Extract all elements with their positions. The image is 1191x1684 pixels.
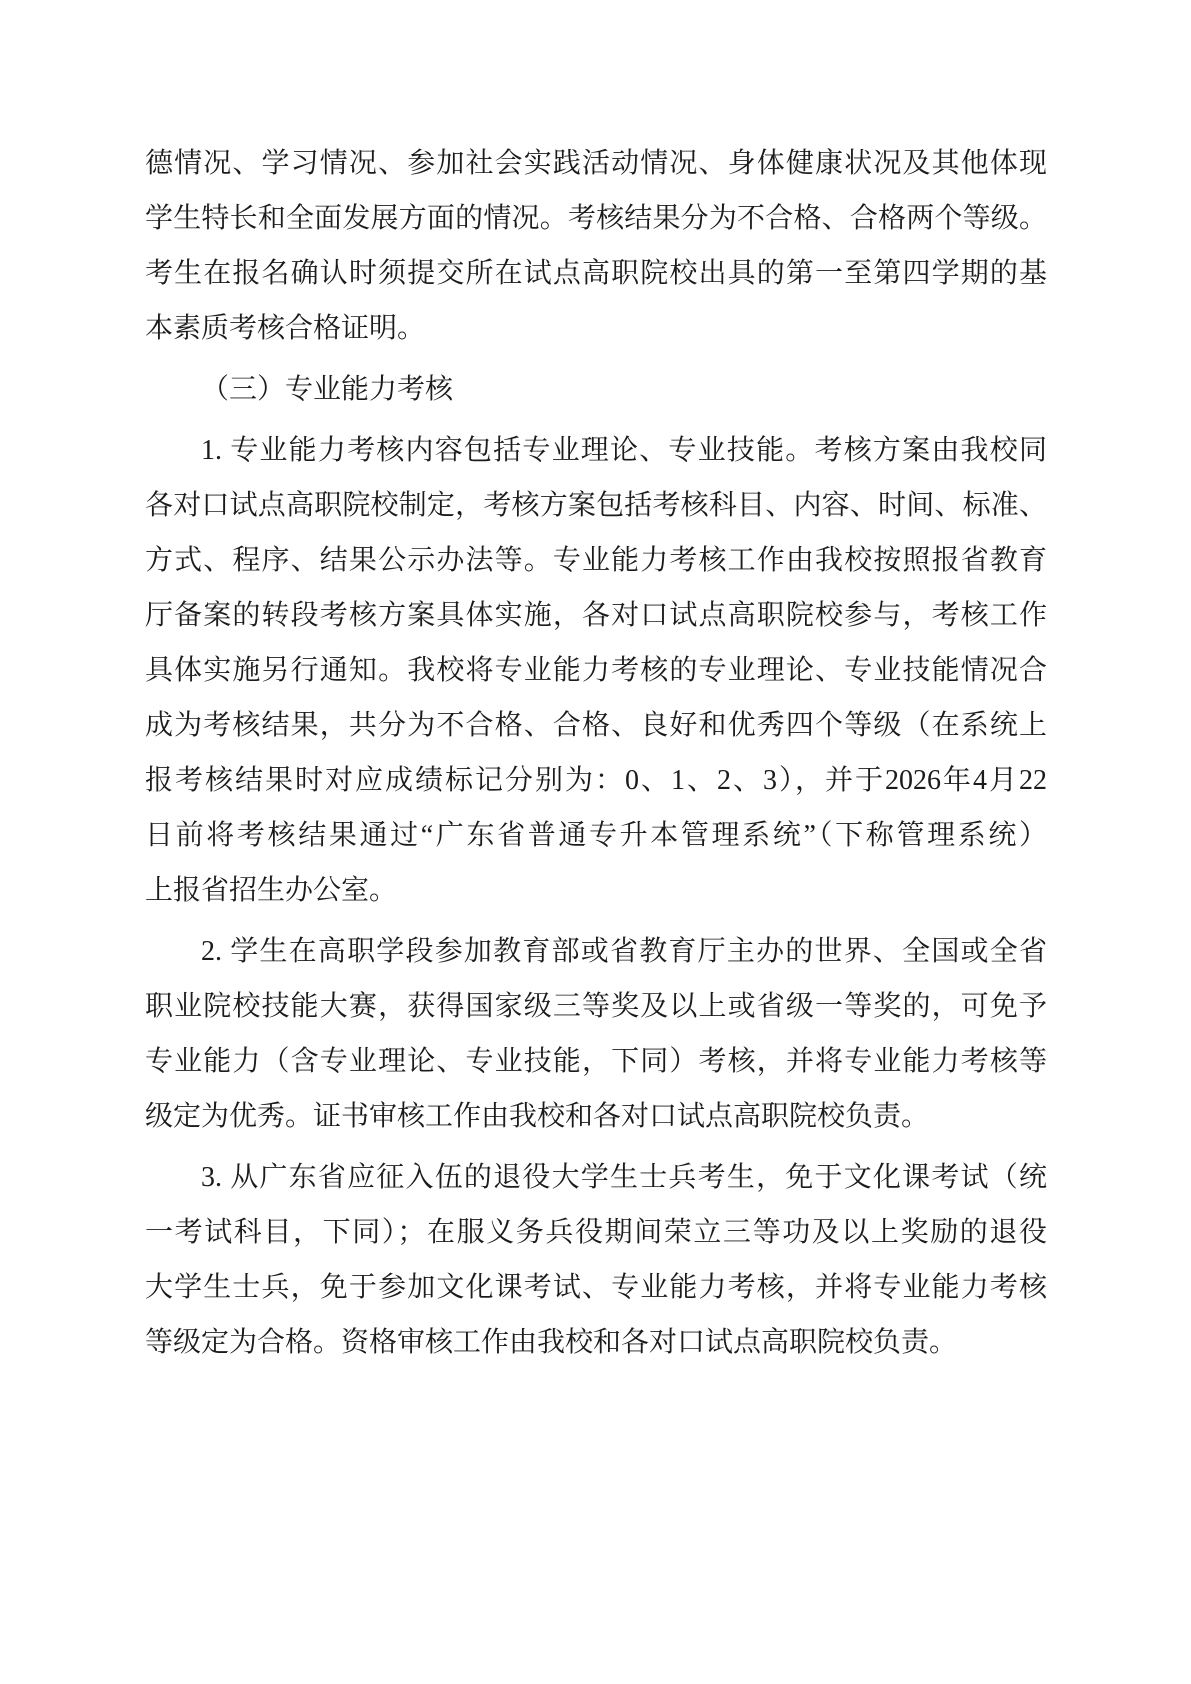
text-line: 德情况、学习情况、参加社会实践活动情况、身体健康状况及其他体现 bbox=[145, 136, 1047, 191]
text-line: 学生特长和全面发展方面的情况。考核结果分为不合格、合格两个等级。 bbox=[145, 191, 1047, 246]
text-line: （三）专业能力考核 bbox=[145, 362, 1047, 417]
text-line: 上报省招生办公室。 bbox=[145, 863, 1047, 918]
text-line: 日前将考核结果通过“广东省普通专升本管理系统”（下称管理系统） bbox=[145, 808, 1047, 863]
text-line: 3. 从广东省应征入伍的退役大学生士兵考生，免于文化课考试（统 bbox=[145, 1150, 1047, 1205]
text-line: 一考试科目，下同）；在服义务兵役期间荣立三等功及以上奖励的退役 bbox=[145, 1205, 1047, 1260]
paragraph: 2. 学生在高职学段参加教育部或省教育厅主办的世界、全国或全省职业院校技能大赛，… bbox=[145, 924, 1047, 1144]
paragraph: 德情况、学习情况、参加社会实践活动情况、身体健康状况及其他体现学生特长和全面发展… bbox=[145, 136, 1047, 356]
text-line: 本素质考核合格证明。 bbox=[145, 301, 1047, 356]
text-line: 级定为优秀。证书审核工作由我校和各对口试点高职院校负责。 bbox=[145, 1089, 1047, 1144]
paragraph: （三）专业能力考核 bbox=[145, 362, 1047, 417]
text-line: 具体实施另行通知。我校将专业能力考核的专业理论、专业技能情况合 bbox=[145, 643, 1047, 698]
text-line: 厅备案的转段考核方案具体实施，各对口试点高职院校参与，考核工作 bbox=[145, 588, 1047, 643]
paragraph: 3. 从广东省应征入伍的退役大学生士兵考生，免于文化课考试（统一考试科目，下同）… bbox=[145, 1150, 1047, 1370]
paragraph: 1. 专业能力考核内容包括专业理论、专业技能。考核方案由我校同各对口试点高职院校… bbox=[145, 423, 1047, 918]
text-line: 各对口试点高职院校制定，考核方案包括考核科目、内容、时间、标准、 bbox=[145, 478, 1047, 533]
text-line: 报考核结果时对应成绩标记分别为：0、1、2、3），并于2026年4月22 bbox=[145, 753, 1047, 808]
text-line: 1. 专业能力考核内容包括专业理论、专业技能。考核方案由我校同 bbox=[145, 423, 1047, 478]
document-page: 德情况、学习情况、参加社会实践活动情况、身体健康状况及其他体现学生特长和全面发展… bbox=[0, 0, 1191, 1684]
text-line: 等级定为合格。资格审核工作由我校和各对口试点高职院校负责。 bbox=[145, 1315, 1047, 1370]
text-line: 职业院校技能大赛，获得国家级三等奖及以上或省级一等奖的，可免予 bbox=[145, 979, 1047, 1034]
text-line: 大学生士兵，免于参加文化课考试、专业能力考核，并将专业能力考核 bbox=[145, 1260, 1047, 1315]
text-line: 考生在报名确认时须提交所在试点高职院校出具的第一至第四学期的基 bbox=[145, 246, 1047, 301]
document-body: 德情况、学习情况、参加社会实践活动情况、身体健康状况及其他体现学生特长和全面发展… bbox=[145, 136, 1047, 1370]
text-line: 专业能力（含专业理论、专业技能，下同）考核，并将专业能力考核等 bbox=[145, 1034, 1047, 1089]
text-line: 成为考核结果，共分为不合格、合格、良好和优秀四个等级（在系统上 bbox=[145, 698, 1047, 753]
text-line: 2. 学生在高职学段参加教育部或省教育厅主办的世界、全国或全省 bbox=[145, 924, 1047, 979]
text-line: 方式、程序、结果公示办法等。专业能力考核工作由我校按照报省教育 bbox=[145, 533, 1047, 588]
